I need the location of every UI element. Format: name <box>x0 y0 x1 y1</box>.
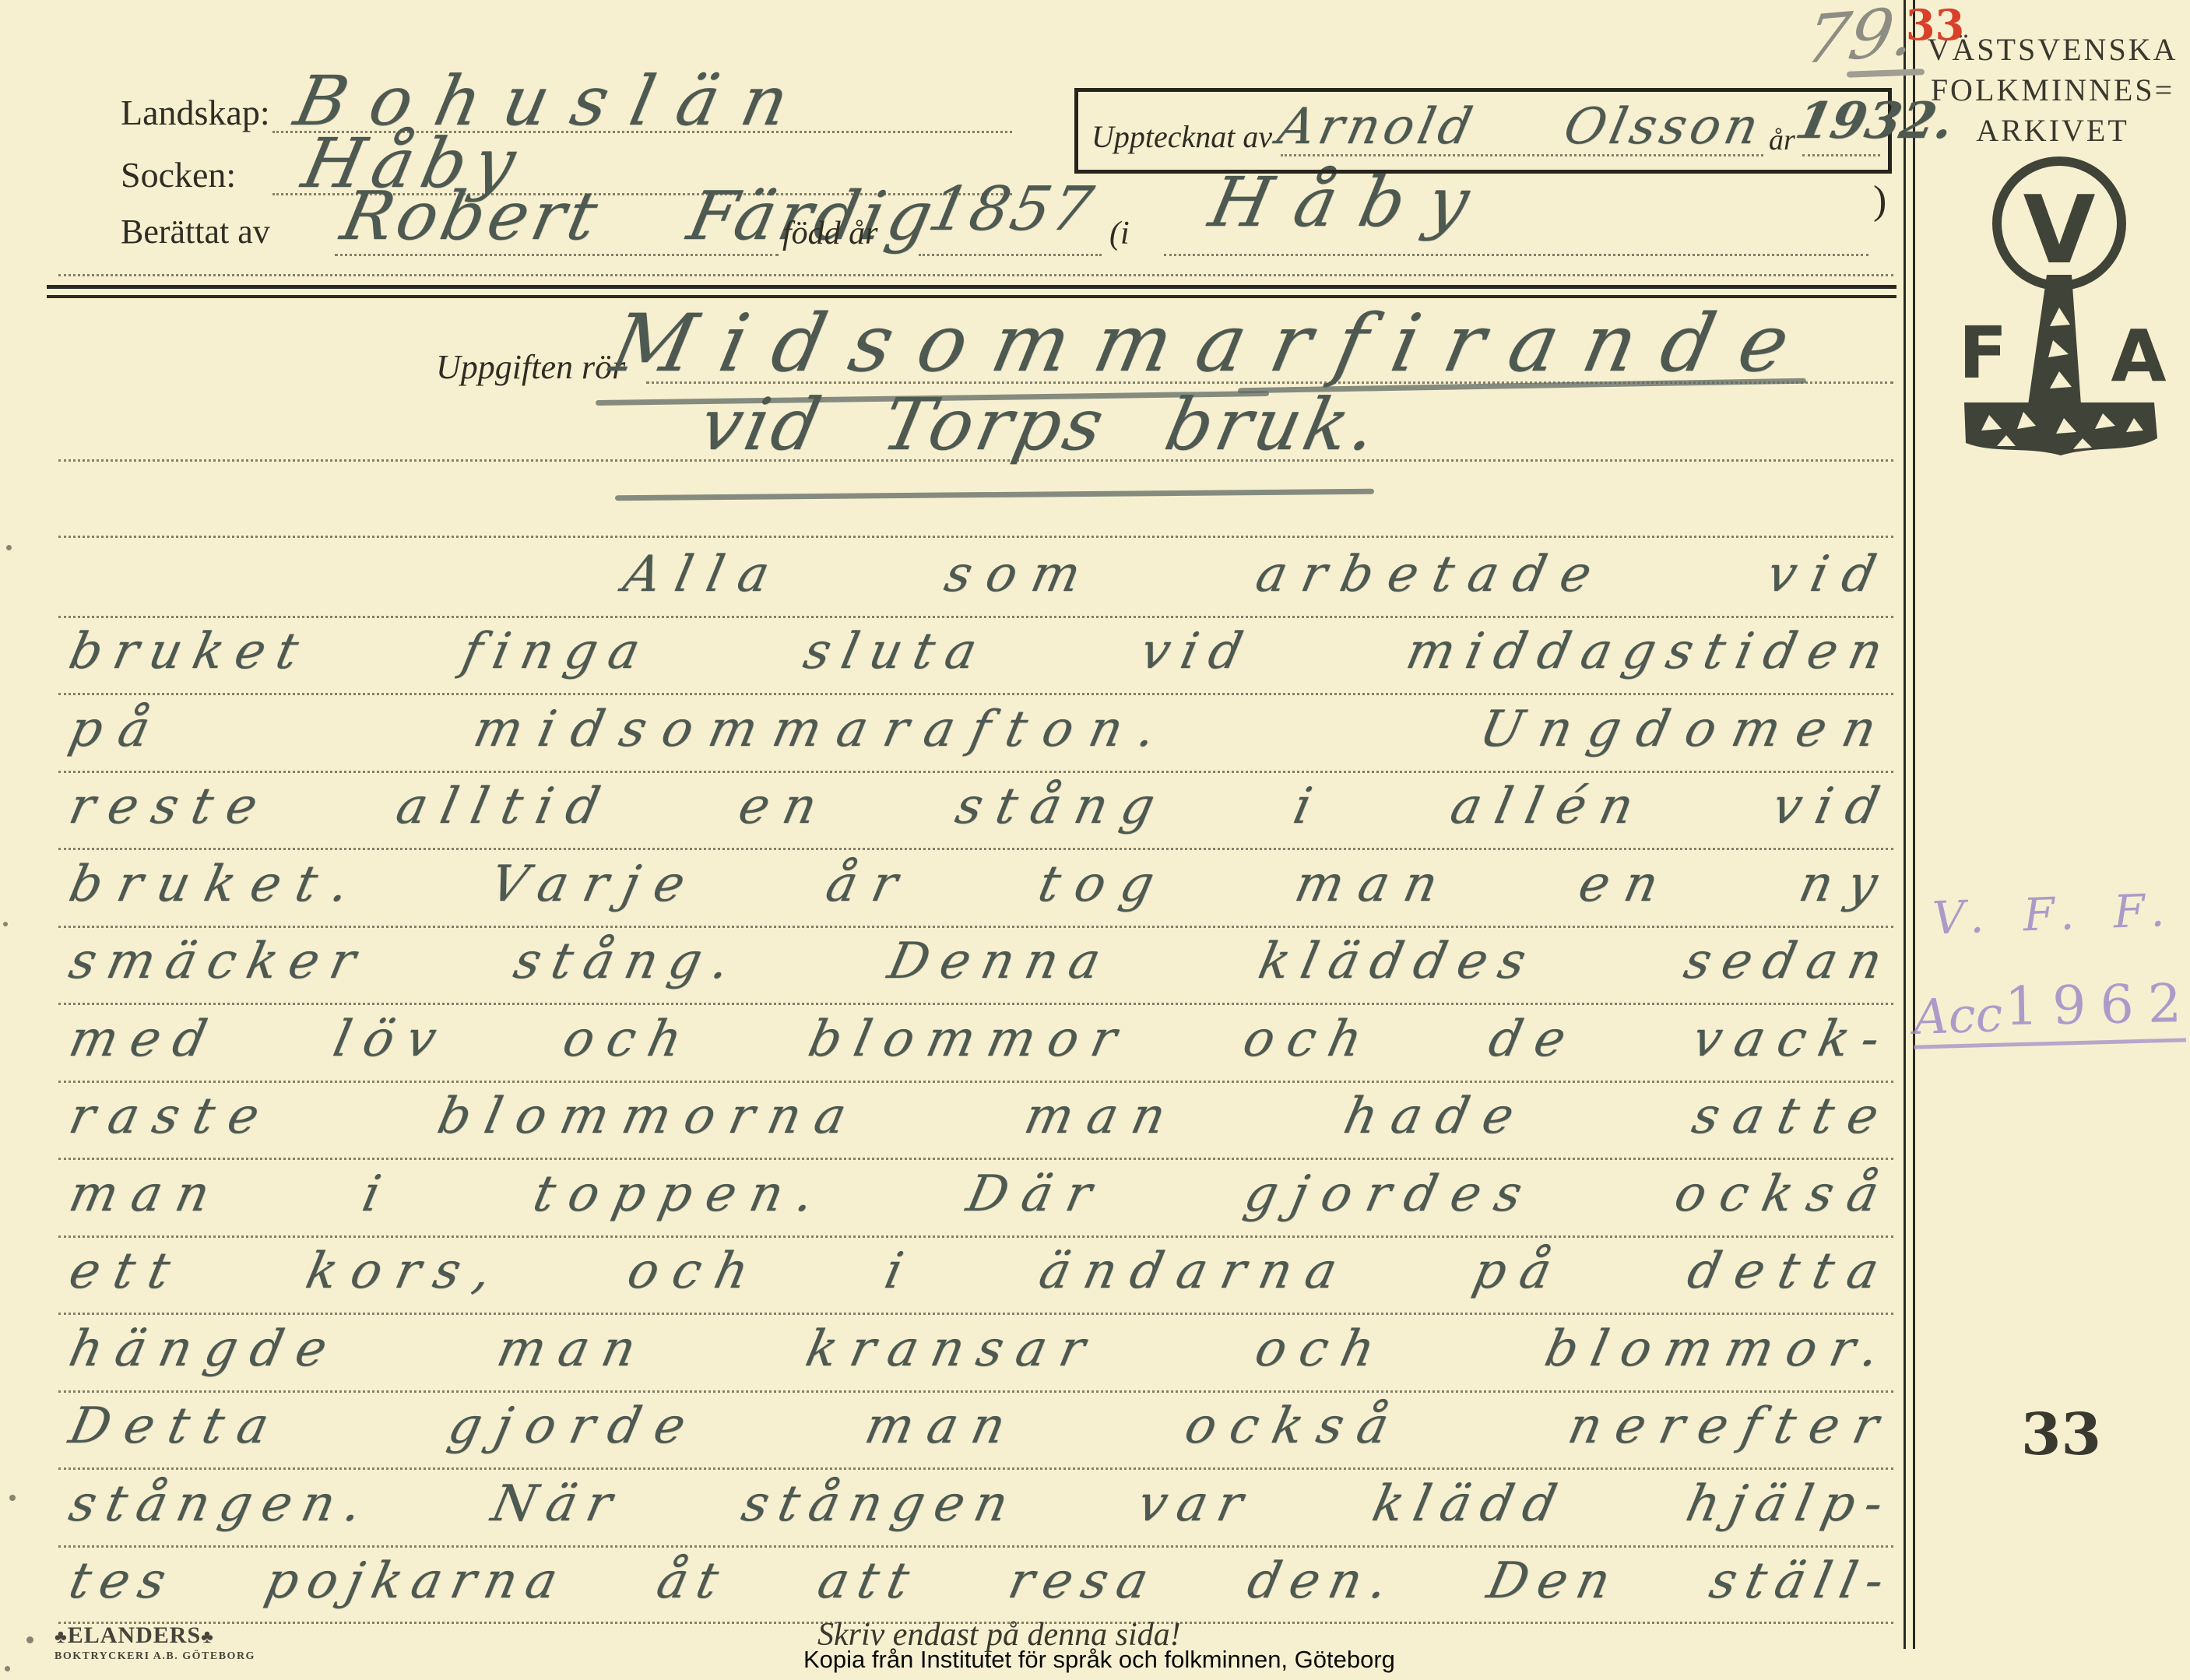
body-line: man i toppen. Där gjordes också <box>61 1165 1898 1239</box>
logo-letter-a: A <box>2111 315 2166 398</box>
scan-speckle <box>5 1666 10 1671</box>
printer-imprint: ♣ELANDERS♣ BOKTRYCKERI A.B. GÖTEBORG <box>54 1622 255 1663</box>
body-line: stången. När stången var klädd hjälp- <box>61 1475 1898 1549</box>
scan-speckle <box>3 922 8 926</box>
accession-stamp-initials: V. F. F. <box>1932 884 2178 945</box>
printer-ornament-icon: ♣ <box>54 1627 68 1647</box>
place-close-paren: ) <box>1873 177 1886 223</box>
berattat-label: Berättat av <box>121 212 270 251</box>
pencil-page-number: 79. <box>1800 0 1921 79</box>
body-line: smäcker stång. Denna kläddes sedan <box>61 933 1898 1007</box>
accession-stamp-acc-label: Acc <box>1913 986 2004 1046</box>
recorded-year-value: 1932. <box>1791 92 1959 150</box>
vertical-rule-left <box>1904 0 1906 1649</box>
body-line: hängde man kransar och blommor. <box>61 1320 1898 1394</box>
vertical-rule-right <box>1913 0 1915 1649</box>
body-line: på midsommarafton. Ungdomen <box>61 701 1898 775</box>
archive-name-line3: ARKIVET <box>1915 112 2190 149</box>
recorded-by-name: Arnold Olsson <box>1273 98 1768 156</box>
hand-underline <box>615 489 1374 501</box>
scan-speckle <box>6 545 12 550</box>
ruled-line <box>919 254 1102 256</box>
body-line: tes pojkarna åt att resa den. Den ställ- <box>61 1552 1898 1626</box>
ruled-line <box>58 274 1893 276</box>
scan-speckle <box>26 1636 33 1643</box>
born-label: född år <box>782 215 878 252</box>
subject-label: Uppgiften rör <box>436 347 625 387</box>
accession-stamp-number: 1962 <box>2004 973 2190 1038</box>
printer-subtitle: BOKTRYCKERI A.B. GÖTEBORG <box>54 1650 255 1663</box>
subject-line1: Midsommarfirande <box>603 297 1822 390</box>
recorded-by-label: Upptecknat av <box>1091 118 1272 155</box>
red-page-number: 33 <box>1906 0 1964 50</box>
body-line: raste blommorna man hade satte <box>61 1088 1898 1162</box>
archive-record-page: 79. 33 VÄSTSVENSKA FOLKMINNES= ARKIVET V… <box>0 0 2190 1680</box>
landskap-label: Landskap: <box>121 92 270 133</box>
scan-speckle <box>9 1495 16 1501</box>
body-line: med löv och blommor och de vack- <box>61 1010 1898 1084</box>
body-line: Alla som arbetade vid <box>615 546 1896 620</box>
double-rule-top <box>47 285 1896 289</box>
body-line: Detta gjorde man också nerefter <box>61 1397 1898 1471</box>
ruled-line <box>1164 254 1868 256</box>
ruled-line <box>1802 154 1880 156</box>
logo-letter-v: V <box>2023 177 2096 285</box>
ruled-line <box>58 536 1893 538</box>
printer-name: ELANDERS <box>68 1622 201 1648</box>
logo-letter-f: F <box>1959 311 2008 395</box>
subject-line2: vid Torps bruk. <box>693 383 1388 466</box>
margin-page-number: 33 <box>2021 1401 2101 1468</box>
printer-ornament-icon: ♣ <box>201 1627 214 1647</box>
recorded-year-label: år <box>1769 123 1795 157</box>
body-line: bruket. Varje år tog man en ny <box>61 856 1898 930</box>
body-line: ett kors, och i ändarna på detta <box>61 1242 1898 1316</box>
vfa-hammer-logo-icon: V F A <box>1942 144 2176 487</box>
socken-label: Socken: <box>121 154 236 195</box>
copy-note-overlay: Kopia från Institutet för språk och folk… <box>803 1646 1395 1674</box>
born-value: 1857 <box>923 174 1101 244</box>
body-line: bruket finga sluta vid middagstiden <box>61 623 1898 697</box>
place-value: Håby <box>1203 162 1500 242</box>
place-open-paren: (i <box>1109 215 1130 252</box>
body-line: reste alltid en stång i allén vid <box>61 778 1898 852</box>
